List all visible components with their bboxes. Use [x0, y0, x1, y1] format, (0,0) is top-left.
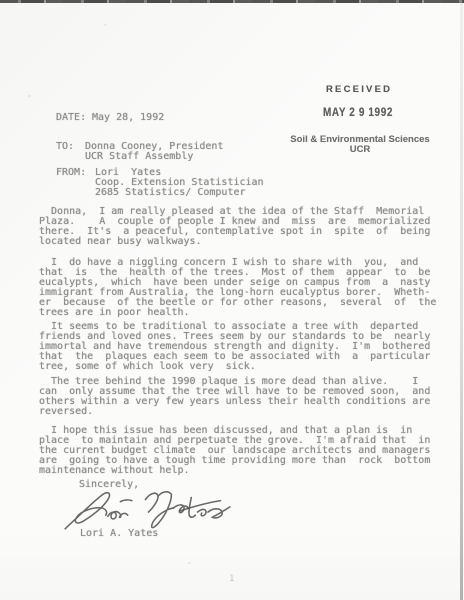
body-paragraph-5: I hope this issue has been discussed, an… — [39, 426, 430, 476]
date-label: DATE: — [56, 113, 86, 123]
scan-speck — [104, 24, 107, 26]
body-paragraph-4: The tree behind the 1990 plaque is more … — [39, 377, 430, 417]
page-number: 1 — [229, 574, 234, 584]
body-paragraph-1: Donna, I am really pleased at the idea o… — [39, 207, 430, 247]
to-label: TO: — [56, 142, 74, 152]
handwritten-signature-lori-yates — [62, 487, 234, 533]
from-value: Lori Yates Coop. Extension Statistician … — [95, 168, 264, 198]
body-paragraph-3: It seems to be traditional to associate … — [39, 322, 430, 372]
scan-right-shadow-artifact — [460, 0, 463, 600]
scan-speck — [28, 95, 31, 97]
scan-top-edge-artifact — [0, 0, 464, 3]
body-paragraph-2: I do have a niggling concern I wish to s… — [39, 258, 436, 318]
scan-speck — [188, 562, 191, 564]
typed-signature-name: Lori A. Yates — [80, 529, 158, 539]
scanned-memo-page: RECEIVED MAY 2 9 1992 Soil & Environment… — [0, 0, 464, 600]
received-date-stamp: MAY 2 9 1992 — [323, 107, 393, 120]
received-stamp: RECEIVED — [326, 84, 392, 95]
to-value: Donna Cooney, President UCR Staff Assemb… — [85, 142, 223, 162]
department-stamp: Soil & Environmental Sciences UCR — [264, 135, 456, 154]
institution-name: UCR — [264, 145, 456, 155]
date-value: May 28, 1992 — [92, 113, 164, 123]
from-label: FROM: — [56, 168, 86, 178]
